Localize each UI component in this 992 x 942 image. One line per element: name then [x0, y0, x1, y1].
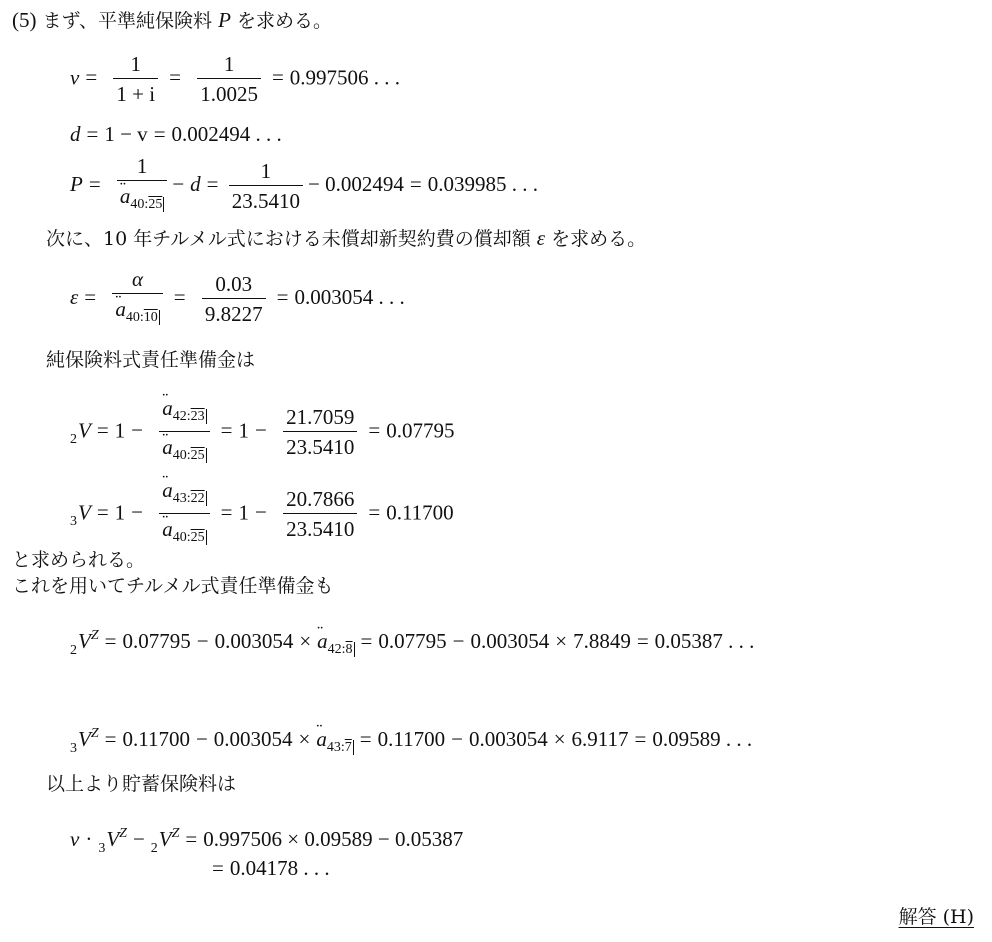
fraction: α a40:10: [112, 267, 162, 331]
obtained-text: と求められる。: [12, 548, 145, 572]
zillmer-intro-line: 次に、10 年チルメル式における未償却新契約費の償却額 ε を求める。: [46, 226, 646, 251]
problem-number: (5): [12, 8, 37, 32]
annuity-due-symbol: a: [115, 297, 126, 321]
fraction: 1 1 + i: [113, 52, 158, 107]
fraction: 1 a40:25: [117, 154, 167, 218]
savings-intro: 以上より貯蓄保険料は: [46, 772, 236, 796]
var-P: P: [218, 8, 231, 32]
eq-result: 0.09589 . . .: [652, 727, 752, 751]
equation-3V: 3V=1− a43:22 a40:25 =1− 20.7866 23.5410 …: [70, 478, 454, 551]
equation-2V: 2V=1− a42:23 a40:25 =1− 21.7059 23.5410 …: [70, 396, 454, 469]
eq-result: 0.05387 . . .: [655, 629, 755, 653]
fraction: a43:22 a40:25: [159, 478, 209, 551]
equation-savings-line2: =0.04178 . . .: [212, 856, 330, 880]
eq-result: 0.07795: [386, 418, 454, 442]
fraction: 20.7866 23.5410: [283, 487, 357, 542]
equation-v: v= 1 1 + i = 1 1.0025 =0.997506 . . .: [70, 52, 400, 107]
annuity-due-symbol: a: [120, 184, 131, 208]
fraction: 1 1.0025: [197, 52, 261, 107]
eq-result: 0.04178 . . .: [230, 856, 330, 880]
fraction: 1 23.5410: [229, 159, 303, 214]
zillmer-reserve-intro: これを用いてチルメル式責任準備金も: [12, 574, 333, 598]
eq-result: 0.039985 . . .: [428, 172, 538, 196]
eq-result: 0.003054 . . .: [294, 285, 404, 309]
eq-lhs: v: [70, 65, 79, 89]
intro-text-after: を求める。: [237, 10, 332, 32]
eq-result: 0.11700: [386, 500, 453, 524]
var-epsilon: ε: [537, 226, 545, 250]
equation-3VZ: 3VZ=0.11700−0.003054×a43:7=0.11700−0.003…: [70, 722, 752, 761]
intro-text: まず、平準純保険料: [43, 10, 212, 32]
equation-2VZ: 2VZ=0.07795−0.003054×a42:8=0.07795−0.003…: [70, 624, 754, 663]
answer-label: 解答 (H): [899, 902, 974, 929]
equation-epsilon: ε= α a40:10 = 0.03 9.8227 =0.003054 . . …: [70, 267, 405, 331]
fraction: 21.7059 23.5410: [283, 405, 357, 460]
equation-d: d=1 − v=0.002494 . . .: [70, 122, 282, 146]
fraction: a42:23 a40:25: [159, 396, 209, 469]
eq-result: 0.002494 . . .: [172, 122, 282, 146]
intro-line: (5) まず、平準純保険料 P を求める。: [12, 8, 332, 33]
equation-P: P= 1 a40:25 −d= 1 23.5410 − 0.002494=0.0…: [70, 154, 538, 218]
net-reserve-intro: 純保険料式責任準備金は: [46, 348, 255, 372]
fraction: 0.03 9.8227: [202, 272, 266, 327]
eq-result: 0.997506 . . .: [290, 65, 400, 89]
